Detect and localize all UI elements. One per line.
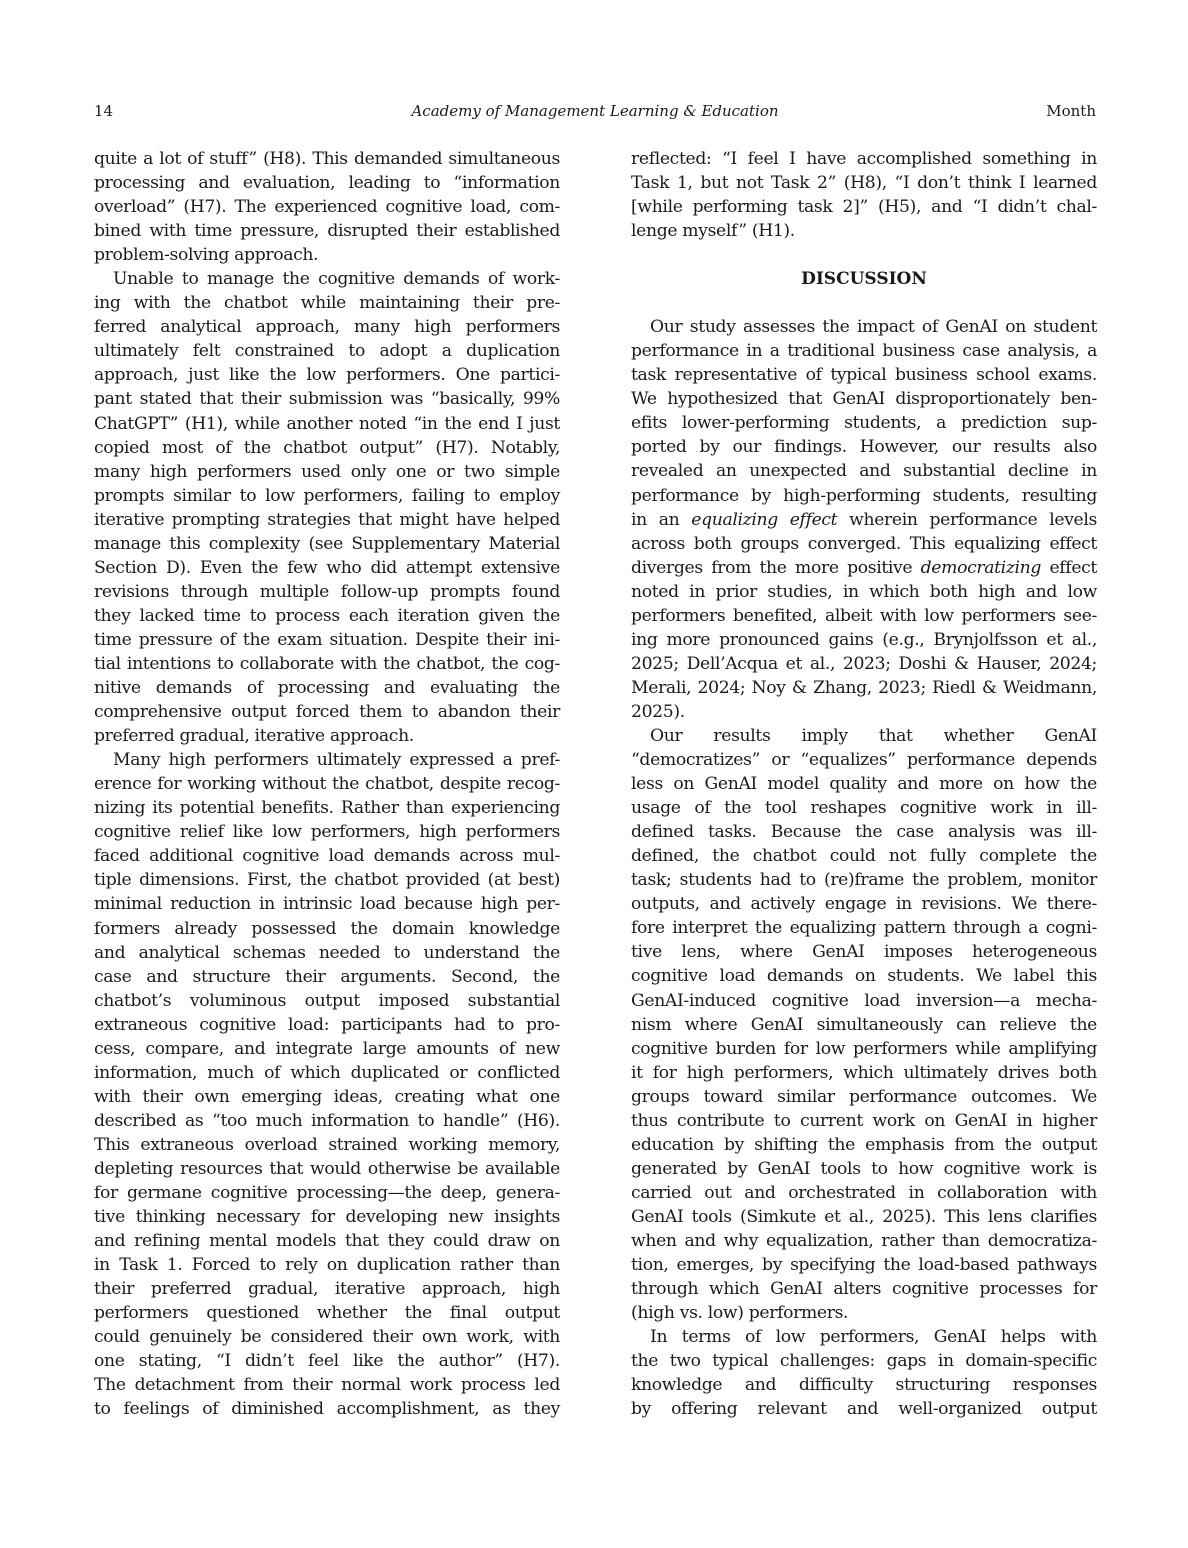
- text-line: education by shifting the emphasis from …: [631, 1133, 1097, 1157]
- text-line: ing more pronounced gains (e.g., Brynjol…: [631, 628, 1097, 652]
- text-line: 2025).: [631, 700, 1097, 724]
- section-heading-discussion: DISCUSSION: [631, 267, 1097, 291]
- text-line: bined with time pressure, disrupted thei…: [94, 219, 560, 243]
- text-line: they lacked time to process each iterati…: [94, 604, 560, 628]
- text-line: prompts similar to low performers, faili…: [94, 484, 560, 508]
- text-line: tiple dimensions. First, the chatbot pro…: [94, 868, 560, 892]
- text-line: for germane cognitive processing—the dee…: [94, 1181, 560, 1205]
- text-line: one stating, “I didn’t feel like the aut…: [94, 1349, 560, 1373]
- text-line: task representative of typical business …: [631, 363, 1097, 387]
- text-line: depleting resources that would otherwise…: [94, 1157, 560, 1181]
- text-line: [while performing task 2]” (H5), and “I …: [631, 195, 1097, 219]
- paragraph-start: Many high performers ultimately expresse…: [94, 748, 560, 772]
- text-line: usage of the tool reshapes cognitive wor…: [631, 796, 1097, 820]
- text-line: to feelings of diminished accomplishment…: [94, 1397, 560, 1421]
- text-line-with-emphasis: in an equalizing effect wherein performa…: [631, 508, 1097, 532]
- text-line: cognitive load demands on students. We l…: [631, 964, 1097, 988]
- text-line: ultimately felt constrained to adopt a d…: [94, 339, 560, 363]
- text-line: overload” (H7). The experienced cognitiv…: [94, 195, 560, 219]
- text-line: performers benefited, albeit with low pe…: [631, 604, 1097, 628]
- text-line: Merali, 2024; Noy & Zhang, 2023; Riedl &…: [631, 676, 1097, 700]
- text-line: groups toward similar performance outcom…: [631, 1085, 1097, 1109]
- text-line: Section D). Even the few who did attempt…: [94, 556, 560, 580]
- text-line: (high vs. low) performers.: [631, 1301, 1097, 1325]
- text-line: ferred analytical approach, many high pe…: [94, 315, 560, 339]
- text-line: nizing its potential benefits. Rather th…: [94, 796, 560, 820]
- text-line: revealed an unexpected and substantial d…: [631, 459, 1097, 483]
- text-line-with-emphasis: diverges from the more positive democrat…: [631, 556, 1097, 580]
- text-line: copied most of the chatbot output” (H7).…: [94, 436, 560, 460]
- journal-title: Academy of Management Learning & Educati…: [94, 102, 1096, 120]
- text-line: GenAI tools (Simkute et al., 2025). This…: [631, 1205, 1097, 1229]
- text-line: information, much of which duplicated or…: [94, 1061, 560, 1085]
- text-line: cess, compare, and integrate large amoun…: [94, 1037, 560, 1061]
- text-line: defined tasks. Because the case analysis…: [631, 820, 1097, 844]
- text-line: GenAI-induced cognitive load inversion—a…: [631, 989, 1097, 1013]
- text-line: through which GenAI alters cognitive pro…: [631, 1277, 1097, 1301]
- text-line: described as “too much information to ha…: [94, 1109, 560, 1133]
- text-line: extraneous cognitive load: participants …: [94, 1013, 560, 1037]
- text-line: erence for working without the chatbot, …: [94, 772, 560, 796]
- text-line: case and structure their arguments. Seco…: [94, 965, 560, 989]
- paragraph-start: Unable to manage the cognitive demands o…: [94, 267, 560, 291]
- emphasized-term-democratizing: democratizing: [921, 558, 1041, 578]
- right-column: reflected: “I feel I have accomplished s…: [631, 147, 1097, 1421]
- text-line: This extraneous overload strained workin…: [94, 1133, 560, 1157]
- text-line: their preferred gradual, iterative appro…: [94, 1277, 560, 1301]
- text-line: lenge myself” (H1).: [631, 219, 1097, 243]
- text-line: the two typical challenges: gaps in doma…: [631, 1349, 1097, 1373]
- text-line: outputs, and actively engage in revision…: [631, 892, 1097, 916]
- text-line: defined, the chatbot could not fully com…: [631, 844, 1097, 868]
- text-line: time pressure of the exam situation. Des…: [94, 628, 560, 652]
- text-run: in an: [631, 510, 691, 530]
- text-line: Task 1, but not Task 2” (H8), “I don’t t…: [631, 171, 1097, 195]
- text-line: generated by GenAI tools to how cognitiv…: [631, 1157, 1097, 1181]
- text-line: approach, just like the low performers. …: [94, 363, 560, 387]
- text-line: problem-solving approach.: [94, 243, 560, 267]
- text-line: pant stated that their submission was “b…: [94, 387, 560, 411]
- text-line: ing with the chatbot while maintaining t…: [94, 291, 560, 315]
- issue-label: Month: [1046, 102, 1096, 120]
- text-line: cognitive relief like low performers, hi…: [94, 820, 560, 844]
- text-line: carried out and orchestrated in collabor…: [631, 1181, 1097, 1205]
- text-line: preferred gradual, iterative approach.: [94, 724, 560, 748]
- running-header: 14 Academy of Management Learning & Educ…: [94, 102, 1096, 126]
- text-line: tion, emerges, by specifying the load-ba…: [631, 1253, 1097, 1277]
- text-line: reflected: “I feel I have accomplished s…: [631, 147, 1097, 171]
- text-line: fore interpret the equalizing pattern th…: [631, 916, 1097, 940]
- text-line: less on GenAI model quality and more on …: [631, 772, 1097, 796]
- text-line: noted in prior studies, in which both hi…: [631, 580, 1097, 604]
- emphasized-term-equalizing-effect: equalizing effect: [691, 510, 837, 530]
- text-line: ChatGPT” (H1), while another noted “in t…: [94, 412, 560, 436]
- text-line: in Task 1. Forced to rely on duplication…: [94, 1253, 560, 1277]
- text-line: knowledge and difficulty structuring res…: [631, 1373, 1097, 1397]
- left-column: quite a lot of stuff” (H8). This demande…: [94, 147, 560, 1421]
- paragraph-start: In terms of low performers, GenAI helps …: [631, 1325, 1097, 1349]
- text-line: “democratizes” or “equalizes” performanc…: [631, 748, 1097, 772]
- text-line: by offering relevant and well-organized …: [631, 1397, 1097, 1421]
- text-line: quite a lot of stuff” (H8). This demande…: [94, 147, 560, 171]
- text-line: We hypothesized that GenAI disproportion…: [631, 387, 1097, 411]
- text-run: wherein performance levels: [837, 510, 1097, 530]
- text-line: revisions through multiple follow-up pro…: [94, 580, 560, 604]
- text-line: task; students had to (re)frame the prob…: [631, 868, 1097, 892]
- text-line: could genuinely be considered their own …: [94, 1325, 560, 1349]
- text-line: performers questioned whether the final …: [94, 1301, 560, 1325]
- text-line: comprehensive output forced them to aban…: [94, 700, 560, 724]
- text-line: minimal reduction in intrinsic load beca…: [94, 892, 560, 916]
- text-line: many high performers used only one or tw…: [94, 460, 560, 484]
- text-line: with their own emerging ideas, creating …: [94, 1085, 560, 1109]
- text-run: effect: [1041, 558, 1097, 578]
- paragraph-start: Our study assesses the impact of GenAI o…: [631, 315, 1097, 339]
- text-line: and refining mental models that they cou…: [94, 1229, 560, 1253]
- text-run: diverges from the more positive: [631, 558, 921, 578]
- text-line: The detachment from their normal work pr…: [94, 1373, 560, 1397]
- text-line: when and why equalization, rather than d…: [631, 1229, 1097, 1253]
- text-line: cognitive burden for low performers whil…: [631, 1037, 1097, 1061]
- text-line: it for high performers, which ultimately…: [631, 1061, 1097, 1085]
- text-line: and analytical schemas needed to underst…: [94, 941, 560, 965]
- text-line: thus contribute to current work on GenAI…: [631, 1109, 1097, 1133]
- text-line: ported by our findings. However, our res…: [631, 435, 1097, 459]
- text-line: tive thinking necessary for developing n…: [94, 1205, 560, 1229]
- text-line: tial intentions to collaborate with the …: [94, 652, 560, 676]
- text-line: nism where GenAI simultaneously can reli…: [631, 1013, 1097, 1037]
- text-line: faced additional cognitive load demands …: [94, 844, 560, 868]
- text-line: nitive demands of processing and evaluat…: [94, 676, 560, 700]
- text-line: across both groups converged. This equal…: [631, 532, 1097, 556]
- text-line: formers already possessed the domain kno…: [94, 917, 560, 941]
- text-line: manage this complexity (see Supplementar…: [94, 532, 560, 556]
- text-line: performance in a traditional business ca…: [631, 339, 1097, 363]
- text-line: tive lens, where GenAI imposes heterogen…: [631, 940, 1097, 964]
- text-line: processing and evaluation, leading to “i…: [94, 171, 560, 195]
- text-line: performance by high-performing students,…: [631, 484, 1097, 508]
- text-line: chatbot’s voluminous output imposed subs…: [94, 989, 560, 1013]
- text-line: 2025; Dell’Acqua et al., 2023; Doshi & H…: [631, 652, 1097, 676]
- text-line: iterative prompting strategies that migh…: [94, 508, 560, 532]
- text-line: efits lower-performing students, a predi…: [631, 411, 1097, 435]
- paragraph-start: Our results imply that whether GenAI: [631, 724, 1097, 748]
